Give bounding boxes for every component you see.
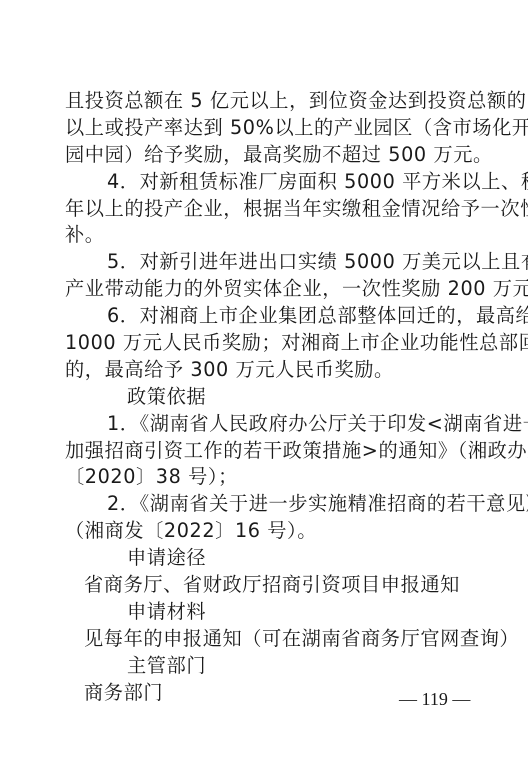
section-heading-competent-department: 主管部门 [65, 653, 467, 680]
list-item-5-cont: 产业带动能力的外贸实体企业，一次性奖励 200 万元。 [65, 276, 467, 303]
policy-ref-1-cont: 加强招商引资工作的若干政策措施>的通知》（湘政办发 [65, 438, 467, 465]
policy-ref-1-end: 〔2020〕38 号）； [65, 464, 467, 491]
list-item-6: 6．对湘商上市企业集团总部整体回迁的，最高给予 [65, 303, 467, 330]
application-channel-text: 省商务厅、省财政厅招商引资项目申报通知 [65, 572, 467, 599]
policy-ref-2: 2．《湖南省关于进一步实施精准招商的若干意见》 [65, 491, 467, 518]
page-number: — 119 — [399, 689, 470, 710]
application-materials-text: 见每年的申报通知（可在湖南省商务厅官网查询） [65, 626, 467, 653]
document-page: 且投资总额在 5 亿元以上，到位资金达到投资总额的 30% 以上或投产率达到 5… [65, 88, 467, 706]
policy-ref-2-end: （湘商发〔2022〕16 号）。 [65, 518, 467, 545]
list-item-4-end: 补。 [65, 222, 467, 249]
body-line-industrial-park: 以上或投产率达到 50%以上的产业园区（含市场化开发的 [65, 115, 467, 142]
body-line-investment-threshold: 且投资总额在 5 亿元以上，到位资金达到投资总额的 30% [65, 88, 467, 115]
list-item-4: 4．对新租赁标准厂房面积 5000 平方米以上、租期三 [65, 169, 467, 196]
policy-ref-1: 1．《湖南省人民政府办公厅关于印发<湖南省进一步 [65, 411, 467, 438]
list-item-6-end: 的，最高给予 300 万元人民币奖励。 [65, 357, 467, 384]
section-heading-policy-basis: 政策依据 [65, 384, 467, 411]
body-line-reward-cap: 园中园）给予奖励，最高奖励不超过 500 万元。 [65, 142, 467, 169]
list-item-5: 5．对新引进年进出口实绩 5000 万美元以上且有较大 [65, 249, 467, 276]
list-item-4-cont: 年以上的投产企业，根据当年实缴租金情况给予一次性奖 [65, 196, 467, 223]
section-heading-application-channel: 申请途径 [65, 545, 467, 572]
section-heading-application-materials: 申请材料 [65, 599, 467, 626]
list-item-6-cont: 1000 万元人民币奖励；对湘商上市企业功能性总部回迁 [65, 330, 467, 357]
